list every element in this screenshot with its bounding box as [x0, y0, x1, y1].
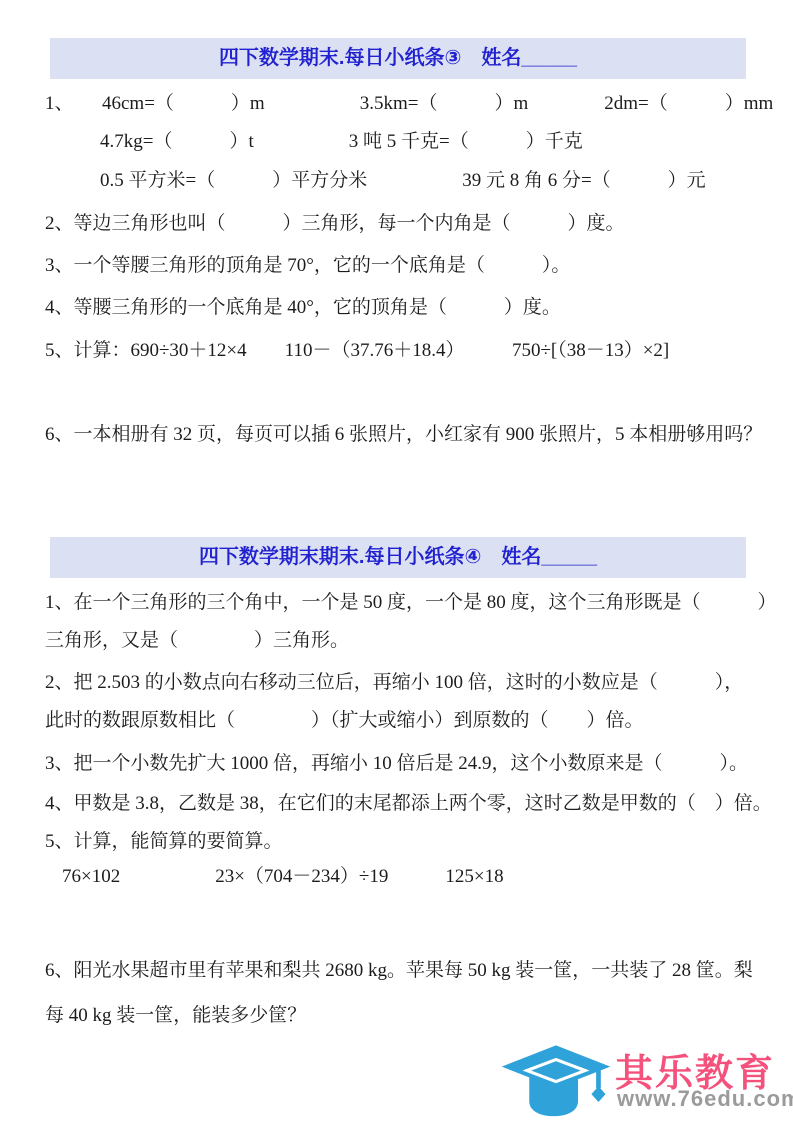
s1-q6: 6、一本相册有 32 页，每页可以插 6 张照片，小红家有 900 张照片，5 … — [45, 424, 762, 446]
s1-q1-line3: 0.5 平方米=（ ）平方分米 39 元 8 角 6 分=（ ）元 — [100, 170, 706, 192]
s2-q2-line2: 此时的数跟原数相比（ ）（扩大或缩小）到原数的（ ）倍。 — [45, 710, 644, 732]
s2-q4: 4、甲数是 3.8，乙数是 38，在它们的末尾都添上两个零，这时乙数是甲数的（ … — [45, 793, 772, 815]
s2-q6-line1: 6、阳光水果超市里有苹果和梨共 2680 kg。苹果每 50 kg 装一筐，一共… — [45, 960, 753, 982]
section1-header: 四下数学期末.每日小纸条③ 姓名_____ — [50, 38, 746, 79]
s2-q5: 5、计算，能简算的要简算。 — [45, 831, 283, 853]
s2-q3: 3、把一个小数先扩大 1000 倍，再缩小 10 倍后是 24.9，这个小数原来… — [45, 753, 748, 775]
publisher-logo: 其乐教育 www.76edu.com — [497, 1038, 793, 1122]
s1-q2: 2、等边三角形也叫（ ）三角形，每一个内角是（ ）度。 — [45, 213, 625, 235]
s2-q6-line2: 每 40 kg 装一筐，能装多少筐？ — [45, 1005, 306, 1027]
s1-q1-line2: 4.7kg=（ ）t 3 吨 5 千克=（ ）千克 — [100, 131, 583, 153]
s1-q4: 4、等腰三角形的一个底角是 40°，它的顶角是（ ）度。 — [45, 297, 561, 319]
worksheet-page: 四下数学期末.每日小纸条③ 姓名_____ 1、 46cm=（ ）m 3.5km… — [0, 0, 793, 1122]
s2-q2-line1: 2、把 2.503 的小数点向右移动三位后，再缩小 100 倍，这时的小数应是（… — [45, 672, 743, 694]
s2-q5-calculations: 76×102 23×（704－234）÷19 125×18 — [62, 866, 504, 888]
s1-q5: 5、计算：690÷30＋12×4 110－（37.76＋18.4） 750÷[（… — [45, 340, 669, 362]
s2-q1-line2: 三角形，又是（ ）三角形。 — [45, 630, 349, 652]
brand-url: www.76edu.com — [617, 1086, 793, 1112]
section2-header: 四下数学期末期末.每日小纸条④ 姓名_____ — [50, 537, 746, 578]
s2-q1-line1: 1、在一个三角形的三个角中，一个是 50 度，一个是 80 度，这个三角形既是（… — [45, 592, 777, 614]
s1-q3: 3、一个等腰三角形的顶角是 70°，它的一个底角是（ ）。 — [45, 255, 570, 277]
s1-q1-line1: 1、 46cm=（ ）m 3.5km=（ ）m 2dm=（ ）mm — [45, 93, 773, 115]
graduation-cap-icon — [497, 1040, 615, 1120]
